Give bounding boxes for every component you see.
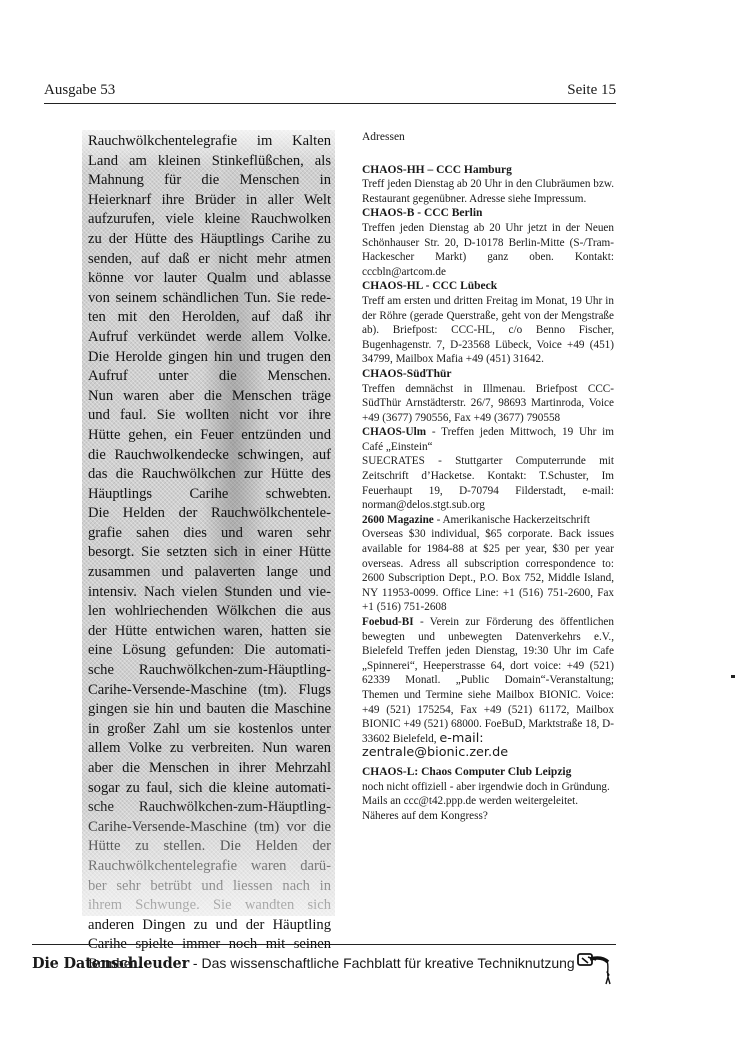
issue-number: Ausgabe 53 [44, 82, 115, 99]
entry-body: Treffen demnächst in Illmenau. Briefpost… [362, 382, 614, 426]
article-line: Mahnung für die Menschen in [88, 171, 331, 191]
article-line: und faul. Sie wollten nicht vor ihre [88, 406, 331, 426]
entry-body: Treff am ersten und dritten Freitag im M… [362, 294, 614, 367]
email-label: e-mail: [439, 731, 483, 746]
article-line: zusammen und palaverten lange und [88, 563, 331, 583]
article-line: anderen Dingen zu und der Häuptling [88, 916, 331, 936]
article-line: Rauchwölkchentelegrafie im Kalten [88, 132, 331, 152]
article-line: Land am kleinen Stinkeflüßchen, als [88, 152, 331, 172]
entry-body: Overseas $30 individual, $65 corporate. … [362, 528, 614, 613]
article-line: das die Rauchwölkchen zur Hütte des [88, 465, 331, 485]
entry-suedthuer: CHAOS-SüdThür Treffen demnächst in Illme… [362, 367, 614, 425]
article-line: Hütte gehen, ein Feuer entzünden und [88, 426, 331, 446]
entry-title: CHAOS-L: Chaos Computer Club Leipzig [362, 765, 614, 780]
article-line: könne vor lauter Qualm und ablasse [88, 269, 331, 289]
article-line: Carihe spielte immer noch mit seinen [88, 935, 331, 955]
article-line: der Hütte entwichen waren, hatten sie [88, 622, 331, 642]
entry-title: Foebud-BI [362, 616, 414, 628]
entry-hamburg: CHAOS-HH – CCC Hamburg Treff jeden Diens… [362, 163, 614, 207]
article-line: zu der Hütte des Häuptlings Carihe zu [88, 230, 331, 250]
article-line: sche Rauchwölkchen-zum-Häuptling- [88, 661, 331, 681]
entry-body: - Amerikanische Hackerzeitschrift [434, 514, 590, 526]
entry-leipzig: CHAOS-L: Chaos Computer Club Leipzig noc… [362, 765, 614, 823]
article-line: in großer Zahl um sie kostenlos unter [88, 720, 331, 740]
article-line: besorgt. Sie setzten sich in einer Hütte [88, 543, 331, 563]
article-line: Heierknarf ihre Brüder in aller Welt [88, 191, 331, 211]
magazine-tagline: - Das wissenschaftliche Fachblatt für kr… [189, 955, 575, 971]
chaos-knot-logo-icon [576, 951, 616, 987]
article-line: allem Volke zu verbreiten. Nun waren [88, 739, 331, 759]
entry-berlin: CHAOS-B - CCC Berlin Treffen jeden Diens… [362, 206, 614, 279]
page-number: Seite 15 [567, 82, 616, 99]
article-line: gingen sie hin und bauten die Maschine [88, 700, 331, 720]
article-line: Aufruf verkündet werde allem Volke. [88, 328, 331, 348]
article-line: intensiv. Nach vielen Stunden und vie- [88, 583, 331, 603]
scan-speck [731, 675, 735, 678]
entry-foebud: Foebud-BI - Verein zur Förderung des öff… [362, 615, 614, 761]
article-line: Die Herolde gingen hin und trugen den [88, 348, 331, 368]
entry-body: - Verein zur Förderung des öffentlichen … [362, 616, 614, 745]
article-column: Rauchwölkchentelegrafie im KaltenLand am… [82, 130, 335, 916]
scan-fade-bottom [82, 796, 335, 916]
entry-title: CHAOS-SüdThür [362, 367, 614, 382]
article-line: senden, auf daß er nicht mehr atmen [88, 250, 331, 270]
magazine-name: Die Datenschleuder [32, 955, 189, 972]
addresses-column: Adressen CHAOS-HH – CCC Hamburg Treff je… [362, 130, 614, 823]
article-line: von seinem schändlichen Tun. Sie rede- [88, 289, 331, 309]
entry-body: SUECRATES - Stuttgarter Computerrunde mi… [362, 455, 614, 511]
entry-title: CHAOS-B - CCC Berlin [362, 206, 614, 221]
article-line: aufzurufen, viele kleine Rauchwolken [88, 210, 331, 230]
article-line: Carihe-Versende-Maschine (tm). Flugs [88, 681, 331, 701]
entry-title: CHAOS-HL - CCC Lübeck [362, 279, 614, 294]
entry-title: CHAOS-HH – CCC Hamburg [362, 163, 614, 178]
article-line: die Rauchwolkendecke schwingen, auf [88, 446, 331, 466]
page-footer: Die Datenschleuder - Das wissenschaftlic… [32, 944, 616, 945]
footer-row: Die Datenschleuder - Das wissenschaftlic… [32, 955, 616, 977]
entry-body: noch nicht offiziell - aber irgendwie do… [362, 780, 614, 824]
article-line: len wohlriechenden Wölkchen die aus [88, 602, 331, 622]
entry-body: Treff jeden Dienstag ab 20 Uhr in den Cl… [362, 177, 614, 206]
article-line: aber die Menschen in ihrer Mehrzahl [88, 759, 331, 779]
article-line: Nun waren aber die Menschen träge [88, 387, 331, 407]
entry-2600: 2600 Magazine - Amerikanische Hackerzeit… [362, 513, 614, 528]
page-header: Ausgabe 53 Seite 15 [44, 80, 616, 104]
article-line: Häuptlings Carihe schwebten. [88, 485, 331, 505]
article-line: grafie sahen dies und waren sehr [88, 524, 331, 544]
entry-ulm: CHAOS-Ulm - Treffen jeden Mittwoch, 19 U… [362, 425, 614, 454]
article-line: eine Lösung gefunden: Die automati- [88, 641, 331, 661]
article-line: ten mit den Herolden, auf daß ihr [88, 308, 331, 328]
entry-title: 2600 Magazine [362, 514, 434, 526]
article-line: Aufruf unter die Menschen. [88, 367, 331, 387]
email-link[interactable]: zentrale@bionic.zer.de [362, 745, 508, 760]
addresses-heading: Adressen [362, 130, 614, 145]
entry-suecrates: SUECRATES - Stuttgarter Computerrunde mi… [362, 454, 614, 512]
article-line: Die Helden der Rauchwölkchentele- [88, 504, 331, 524]
entry-luebeck: CHAOS-HL - CCC Lübeck Treff am ersten un… [362, 279, 614, 367]
entry-title: CHAOS-Ulm [362, 426, 426, 438]
entry-body: Treffen jeden Dienstag ab 20 Uhr jetzt i… [362, 221, 614, 279]
entry-2600-subscription: Overseas $30 individual, $65 corporate. … [362, 527, 614, 615]
